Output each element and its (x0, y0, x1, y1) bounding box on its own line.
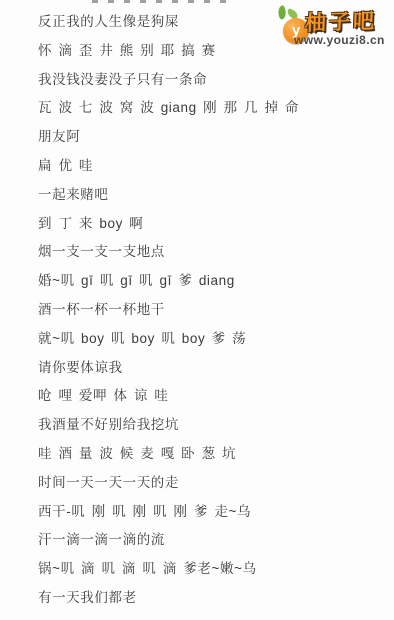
lyric-line: 怀 滴 歪 井 熊 别 耶 搞 赛 (38, 44, 394, 58)
lyric-line: 请你要体谅我 (38, 361, 394, 375)
lyric-line: 西干-叽 刚 叽 刚 叽 刚 爹 走~乌 (38, 505, 394, 519)
lyric-line: 汗一滴一滴一滴的流 (38, 533, 394, 547)
lyric-line: 一起来赌吧 (38, 188, 394, 202)
lyric-line: 朋友阿 (38, 130, 394, 144)
lyric-line: 扁 优 哇 (38, 159, 394, 173)
lyric-line: 时间一天一天一天的走 (38, 476, 394, 490)
lyrics-block: 反正我的人生像是狗屎 怀 滴 歪 井 熊 别 耶 搞 赛 我没钱没妻没子只有一条… (38, 15, 394, 620)
lyric-line: 我酒量不好别给我挖坑 (38, 418, 394, 432)
lyric-line: 就~叽 boy 叽 boy 叽 boy 爹 荡 (38, 332, 394, 346)
lyric-line: 反正我的人生像是狗屎 (38, 15, 394, 29)
lyric-line: 到 丁 来 boy 啊 (38, 217, 394, 231)
clipped-previous-line (92, 0, 234, 3)
lyric-line: 婚~叽 gī 叽 gī 叽 gī 爹 diang (38, 274, 394, 288)
lyric-line: 呛 哩 爱呷 体 谅 哇 (38, 389, 394, 403)
lyric-line: 我没钱没妻没子只有一条命 (38, 73, 394, 87)
lyric-line: 锅~叽 滴 叽 滴 叽 滴 爹老~嫩~乌 (38, 562, 394, 576)
lyric-line: 酒一杯一杯一杯地干 (38, 303, 394, 317)
lyric-line: 有一天我们都老 (38, 591, 394, 605)
lyric-line: 瓦 波 七 波 窝 波 giang 刚 那 几 掉 命 (38, 101, 394, 115)
lyric-line: 哇 酒 量 波 候 麦 嘎 卧 葱 坑 (38, 447, 394, 461)
lyric-line: 烟一支一支一支地点 (38, 245, 394, 259)
